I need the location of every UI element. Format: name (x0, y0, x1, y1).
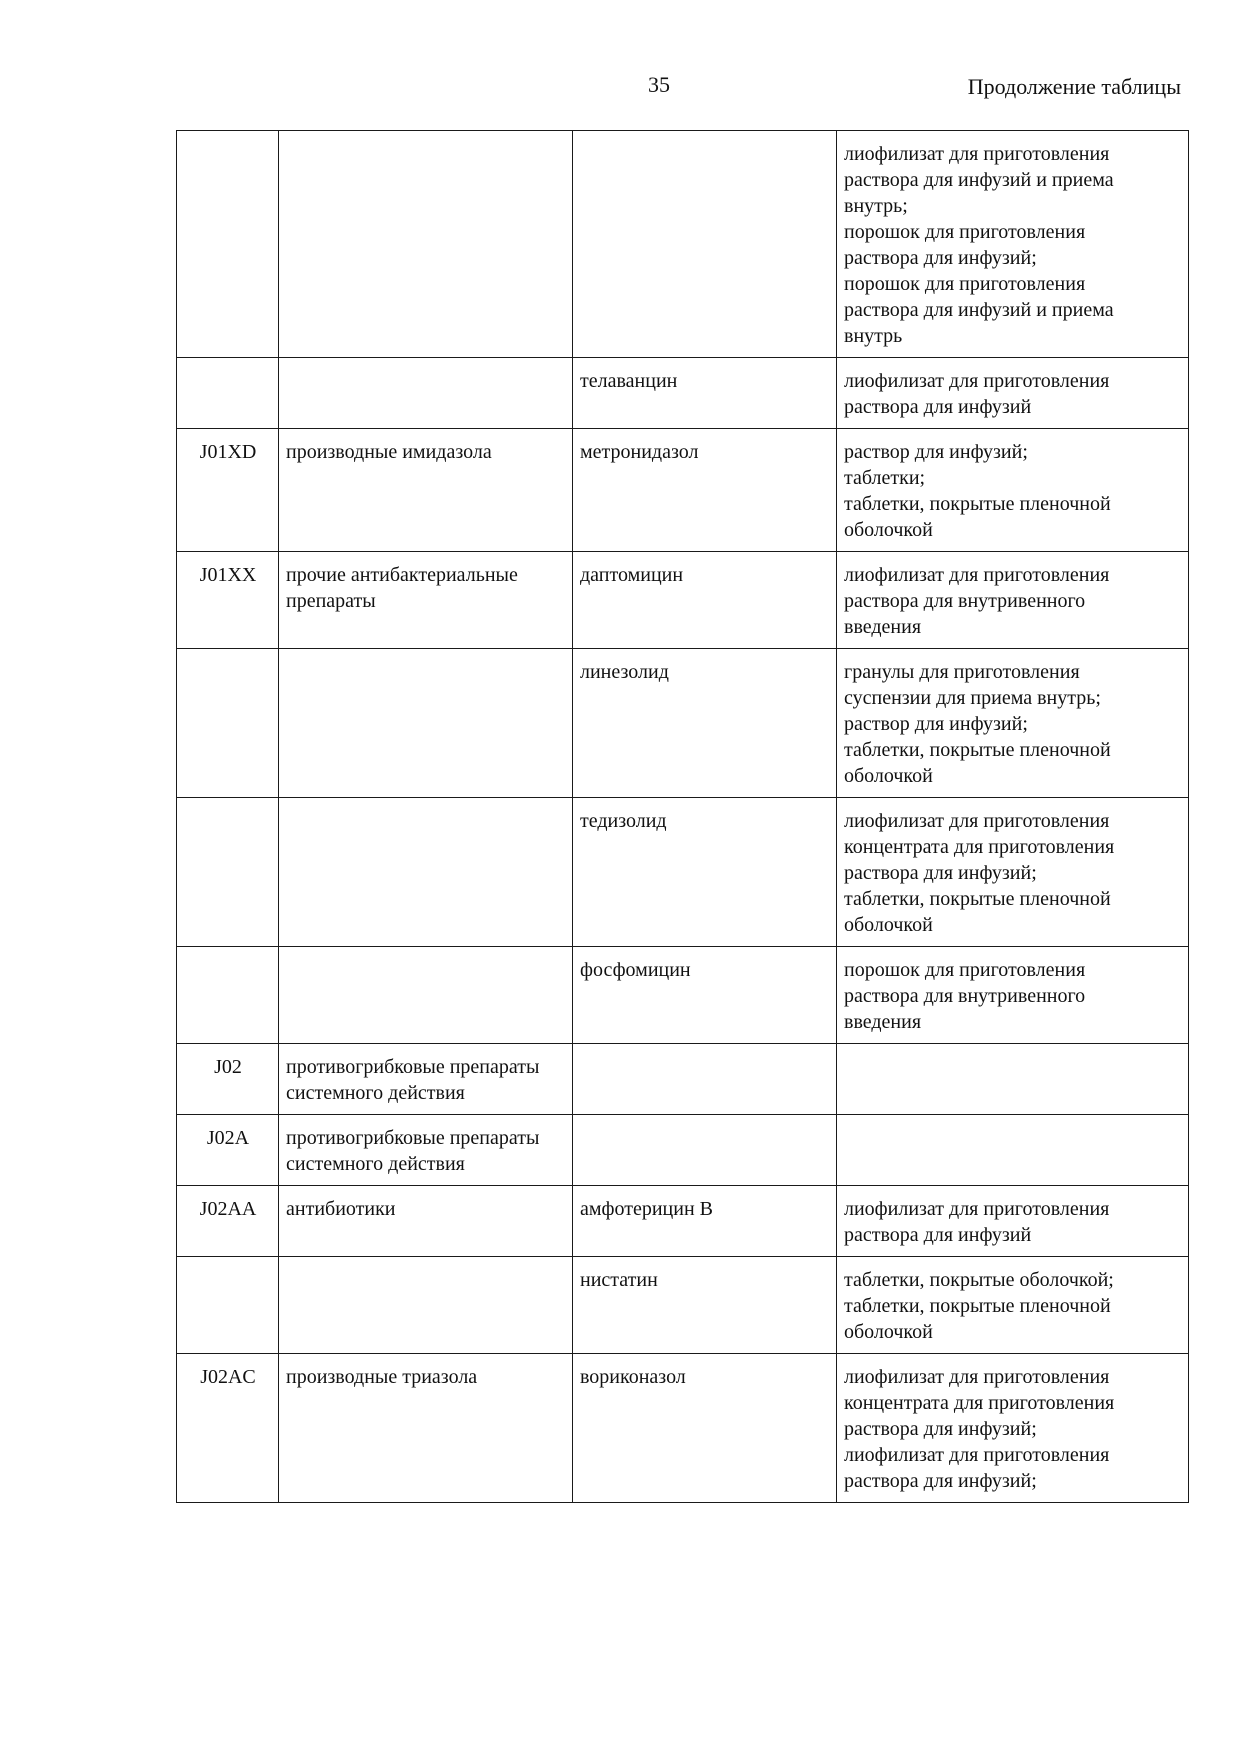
drug-name-cell (573, 131, 837, 358)
dosage-form-line: раствора для инфузий (844, 1222, 1182, 1248)
table-row: J02AAантибиотикиамфотерицин Bлиофилизат … (177, 1186, 1189, 1257)
dosage-form-line: лиофилизат для приготовления (844, 808, 1182, 834)
dosage-forms-cell: лиофилизат для приготовленияконцентрата … (837, 798, 1189, 947)
atc-code-cell: J02AC (177, 1354, 279, 1503)
dosage-form-line: таблетки; (844, 465, 1182, 491)
dosage-forms-cell: лиофилизат для приготовленияраствора для… (837, 552, 1189, 649)
table-row: телаванцинлиофилизат для приготовленияра… (177, 358, 1189, 429)
page-number: 35 (648, 72, 670, 98)
table-row: линезолидгранулы для приготовлениясуспен… (177, 649, 1189, 798)
dosage-forms-cell (837, 1115, 1189, 1186)
dosage-forms-cell: лиофилизат для приготовленияконцентрата … (837, 1354, 1189, 1503)
dosage-form-line: раствора для внутривенного (844, 983, 1182, 1009)
dosage-forms-cell: раствор для инфузий;таблетки;таблетки, п… (837, 429, 1189, 552)
dosage-form-line: лиофилизат для приготовления (844, 368, 1182, 394)
dosage-form-line: гранулы для приготовления (844, 659, 1182, 685)
atc-code-cell (177, 131, 279, 358)
drug-name-cell: нистатин (573, 1257, 837, 1354)
atc-code-cell (177, 798, 279, 947)
drug-name-cell: даптомицин (573, 552, 837, 649)
anatomical-group-cell: прочие антибактериальные препараты (279, 552, 573, 649)
dosage-form-line: концентрата для приготовления (844, 1390, 1182, 1416)
atc-code-cell: J01XD (177, 429, 279, 552)
dosage-form-line: таблетки, покрытые пленочной (844, 737, 1182, 763)
dosage-form-line: лиофилизат для приготовления (844, 1196, 1182, 1222)
dosage-form-line: суспензии для приема внутрь; (844, 685, 1182, 711)
dosage-forms-cell: лиофилизат для приготовленияраствора для… (837, 131, 1189, 358)
drug-table: лиофилизат для приготовленияраствора для… (176, 130, 1189, 1503)
drug-name-cell: линезолид (573, 649, 837, 798)
dosage-form-line: раствора для инфузий и приема (844, 297, 1182, 323)
dosage-forms-cell: гранулы для приготовлениясуспензии для п… (837, 649, 1189, 798)
dosage-form-line: лиофилизат для приготовления (844, 141, 1182, 167)
dosage-form-line: внутрь (844, 323, 1182, 349)
drug-name-cell (573, 1115, 837, 1186)
anatomical-group-cell (279, 131, 573, 358)
dosage-forms-cell: лиофилизат для приготовленияраствора для… (837, 358, 1189, 429)
table-row: J02Aпротивогрибковые препараты системног… (177, 1115, 1189, 1186)
atc-code-cell (177, 649, 279, 798)
atc-code-cell: J01XX (177, 552, 279, 649)
dosage-form-line: введения (844, 614, 1182, 640)
atc-code-cell (177, 358, 279, 429)
anatomical-group-cell: производные триазола (279, 1354, 573, 1503)
dosage-forms-cell (837, 1044, 1189, 1115)
anatomical-group-cell (279, 947, 573, 1044)
dosage-form-line: концентрата для приготовления (844, 834, 1182, 860)
table-row: тедизолидлиофилизат для приготовлениякон… (177, 798, 1189, 947)
anatomical-group-cell: антибиотики (279, 1186, 573, 1257)
dosage-form-line: раствора для инфузий; (844, 1468, 1182, 1494)
dosage-form-line: раствор для инфузий; (844, 439, 1182, 465)
dosage-forms-cell: лиофилизат для приготовленияраствора для… (837, 1186, 1189, 1257)
anatomical-group-cell (279, 358, 573, 429)
atc-code-cell: J02A (177, 1115, 279, 1186)
dosage-form-line: лиофилизат для приготовления (844, 1364, 1182, 1390)
dosage-form-line: таблетки, покрытые пленочной (844, 491, 1182, 517)
drug-name-cell: телаванцин (573, 358, 837, 429)
dosage-form-line: внутрь; (844, 193, 1182, 219)
dosage-form-line: порошок для приготовления (844, 957, 1182, 983)
table-row: фосфомицинпорошок для приготовленияраств… (177, 947, 1189, 1044)
dosage-forms-cell: порошок для приготовленияраствора для вн… (837, 947, 1189, 1044)
dosage-form-line: раствор для инфузий; (844, 711, 1182, 737)
table-row: J01XDпроизводные имидазоламетронидазолра… (177, 429, 1189, 552)
dosage-forms-cell: таблетки, покрытые оболочкой;таблетки, п… (837, 1257, 1189, 1354)
dosage-form-line: порошок для приготовления (844, 219, 1182, 245)
dosage-form-line: таблетки, покрытые пленочной (844, 886, 1182, 912)
drug-name-cell: тедизолид (573, 798, 837, 947)
dosage-form-line: раствора для инфузий; (844, 860, 1182, 886)
anatomical-group-cell (279, 798, 573, 947)
table-continuation-label: Продолжение таблицы (968, 74, 1181, 100)
dosage-form-line: введения (844, 1009, 1182, 1035)
atc-code-cell: J02AA (177, 1186, 279, 1257)
drug-name-cell: метронидазол (573, 429, 837, 552)
table-row: J01XXпрочие антибактериальные препаратыд… (177, 552, 1189, 649)
atc-code-cell: J02 (177, 1044, 279, 1115)
drug-name-cell: фосфомицин (573, 947, 837, 1044)
anatomical-group-cell (279, 649, 573, 798)
dosage-form-line: раствора для инфузий и приема (844, 167, 1182, 193)
drug-name-cell: вориконазол (573, 1354, 837, 1503)
table-body: лиофилизат для приготовленияраствора для… (177, 131, 1189, 1503)
atc-code-cell (177, 947, 279, 1044)
dosage-form-line: оболочкой (844, 517, 1182, 543)
dosage-form-line: раствора для инфузий (844, 394, 1182, 420)
dosage-form-line: оболочкой (844, 1319, 1182, 1345)
dosage-form-line: таблетки, покрытые пленочной (844, 1293, 1182, 1319)
table-row: J02противогрибковые препараты системного… (177, 1044, 1189, 1115)
dosage-form-line: оболочкой (844, 763, 1182, 789)
dosage-form-line: порошок для приготовления (844, 271, 1182, 297)
dosage-form-line: раствора для инфузий; (844, 1416, 1182, 1442)
anatomical-group-cell (279, 1257, 573, 1354)
table-row: J02ACпроизводные триазолавориконазоллиоф… (177, 1354, 1189, 1503)
atc-code-cell (177, 1257, 279, 1354)
drug-name-cell (573, 1044, 837, 1115)
table-row: лиофилизат для приготовленияраствора для… (177, 131, 1189, 358)
dosage-form-line: лиофилизат для приготовления (844, 1442, 1182, 1468)
anatomical-group-cell: противогрибковые препараты системного де… (279, 1115, 573, 1186)
dosage-form-line: раствора для внутривенного (844, 588, 1182, 614)
anatomical-group-cell: противогрибковые препараты системного де… (279, 1044, 573, 1115)
anatomical-group-cell: производные имидазола (279, 429, 573, 552)
table-row: нистатинтаблетки, покрытые оболочкой;таб… (177, 1257, 1189, 1354)
dosage-form-line: таблетки, покрытые оболочкой; (844, 1267, 1182, 1293)
dosage-form-line: оболочкой (844, 912, 1182, 938)
dosage-form-line: лиофилизат для приготовления (844, 562, 1182, 588)
dosage-form-line: раствора для инфузий; (844, 245, 1182, 271)
drug-name-cell: амфотерицин B (573, 1186, 837, 1257)
